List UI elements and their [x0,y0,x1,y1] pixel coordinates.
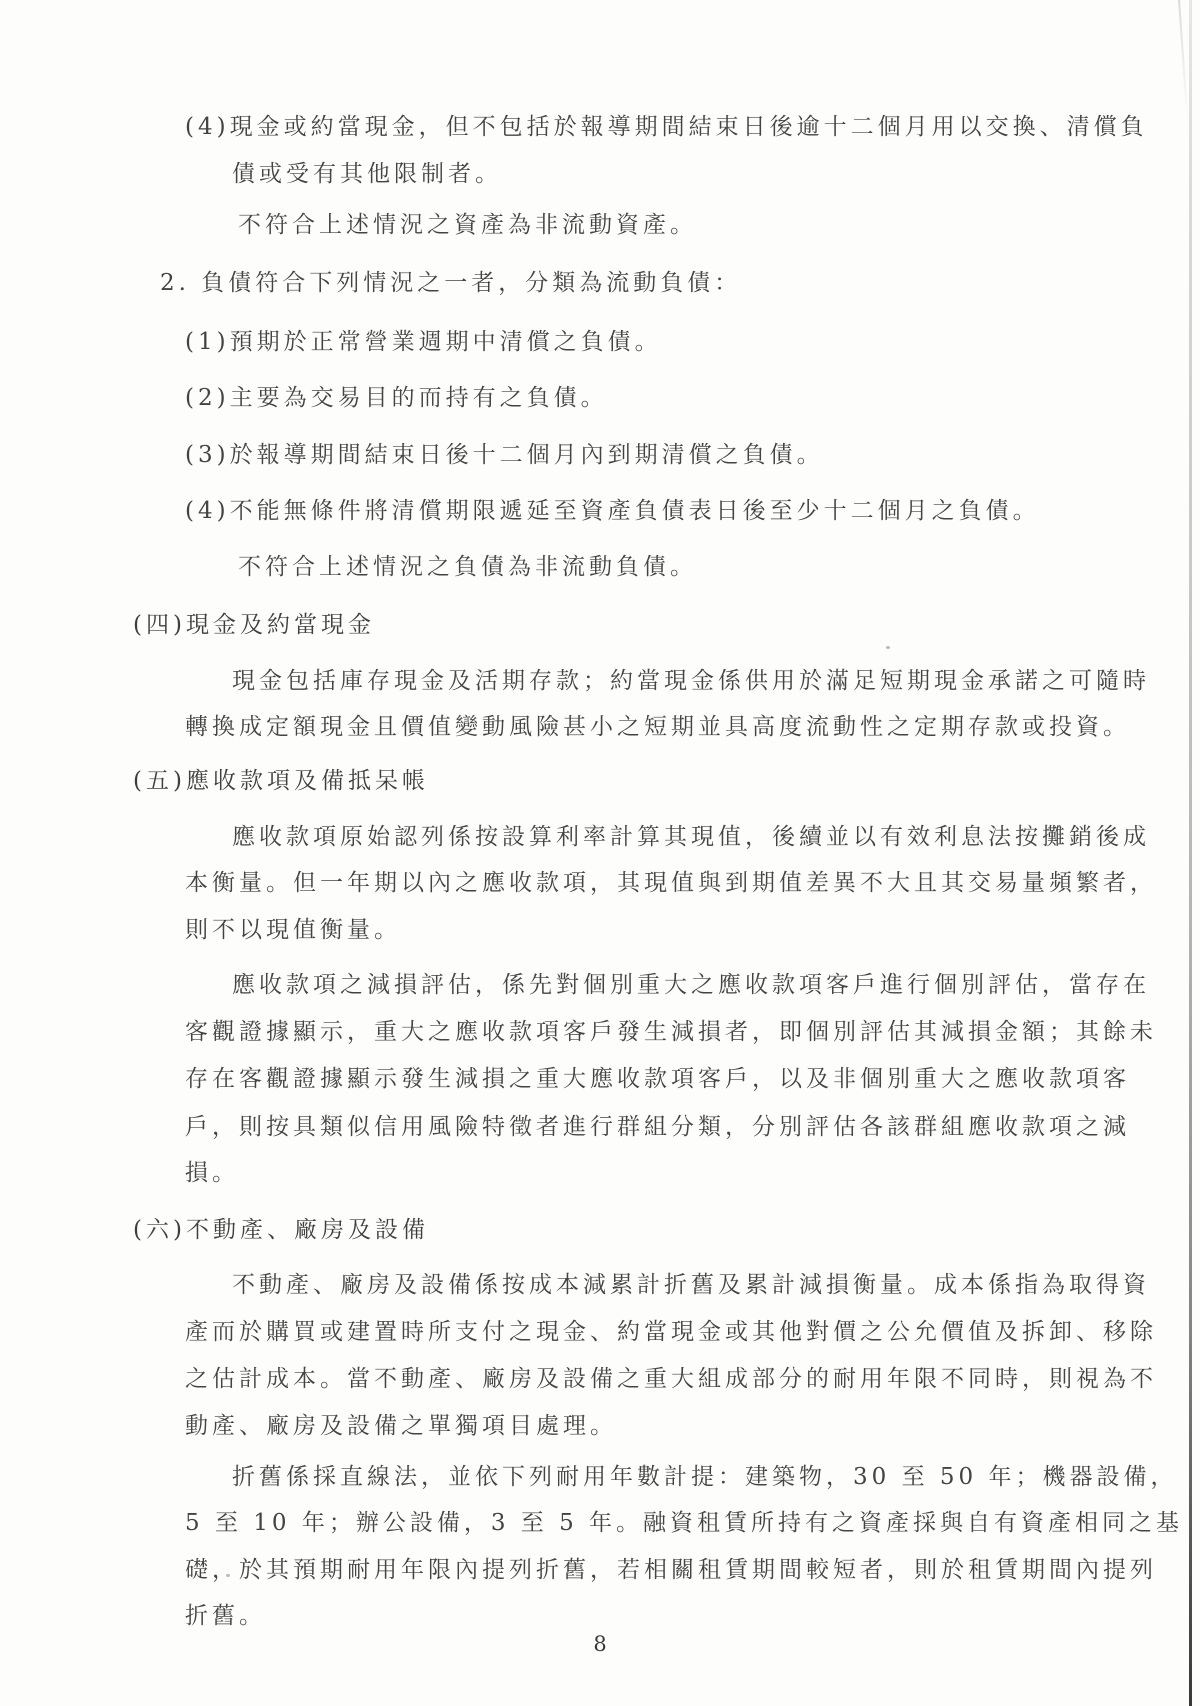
list-item-line: (1)預期於正常營業週期中清償之負債。 [185,327,662,357]
list-item-line: (4)不能無條件將清償期限遞延至資產負債表日後至少十二個月之負債。 [185,496,1040,526]
section-heading: (四)現金及約當現金 [133,610,375,640]
page-number: 8 [0,1632,1200,1656]
paragraph-line: 本衡量。但一年期以內之應收款項，其現值與到期值差異不大且其交易量頻繁者， [185,868,1157,898]
scanned-document-page: (4)現金或約當現金，但不包括於報導期間結束日後逾十二個月用以交換、清償負 債或… [0,0,1200,1706]
section-heading: (五)應收款項及備抵呆帳 [133,766,429,796]
paragraph-line: 折舊係採直線法，並依下列耐用年數計提：建築物，30 至 50 年；機器設備， [232,1462,1177,1492]
paragraph-line: 之估計成本。當不動產、廠房及設備之重大組成部分的耐用年限不同時，則視為不 [185,1364,1157,1394]
list-item-line: (2)主要為交易目的而持有之負債。 [185,383,608,413]
paragraph-line: 動產、廠房及設備之單獨項目處理。 [185,1411,617,1441]
note-line: 不符合上述情況之資產為非流動資產。 [238,210,697,240]
paragraph-line: 存在客觀證據顯示發生減損之重大應收款項客戶，以及非個別重大之應收款項客 [185,1064,1130,1094]
paragraph-line: 戶，則按具類似信用風險特徵者進行群組分類，分別評估各該群組應收款項之減 [185,1112,1130,1142]
note-line: 不符合上述情況之負債為非流動負債。 [238,552,697,582]
paragraph-line: 不動產、廠房及設備係按成本減累計折舊及累計減損衡量。成本係指為取得資 [232,1270,1150,1300]
scan-edge-artifact-top [1178,0,1188,120]
numbered-item-line: 2. 負債符合下列情況之一者，分類為流動負債： [160,268,741,298]
paragraph-line: 礎，於其預期耐用年限內提列折舊，若相關租賃期間較短者，則於租賃期間內提列 [185,1555,1157,1585]
paragraph-line: 損。 [185,1158,239,1188]
paragraph-line: 折舊。 [185,1601,266,1631]
scan-edge-artifact [1189,0,1192,1706]
paragraph-line: 客觀證據顯示，重大之應收款項客戶發生減損者，即個別評估其減損金額；其餘未 [185,1017,1157,1047]
paragraph-line: 應收款項之減損評估，係先對個別重大之應收款項客戶進行個別評估，當存在 [232,970,1150,1000]
list-item-line: 債或受有其他限制者。 [232,159,502,189]
section-heading: (六)不動產、廠房及設備 [133,1215,429,1245]
paragraph-line: 產而於購買或建置時所支付之現金、約當現金或其他對價之公允價值及拆卸、移除 [185,1317,1157,1347]
list-item-line: (4)現金或約當現金，但不包括於報導期間結束日後逾十二個月用以交換、清償負 [185,112,1148,142]
paragraph-line: 5 至 10 年；辦公設備，3 至 5 年。融資租賃所持有之資產採與自有資產相同… [185,1508,1183,1538]
scan-speck [886,646,890,649]
paragraph-line: 轉換成定額現金且價值變動風險甚小之短期並具高度流動性之定期存款或投資。 [185,712,1130,742]
paragraph-line: 則不以現值衡量。 [185,915,401,945]
scan-speck [226,1574,230,1577]
list-item-line: (3)於報導期間結束日後十二個月內到期清償之負債。 [185,440,824,470]
paragraph-line: 應收款項原始認列係按設算利率計算其現值，後續並以有效利息法按攤銷後成 [232,822,1150,852]
paragraph-line: 現金包括庫存現金及活期存款；約當現金係供用於滿足短期現金承諾之可隨時 [232,666,1150,696]
